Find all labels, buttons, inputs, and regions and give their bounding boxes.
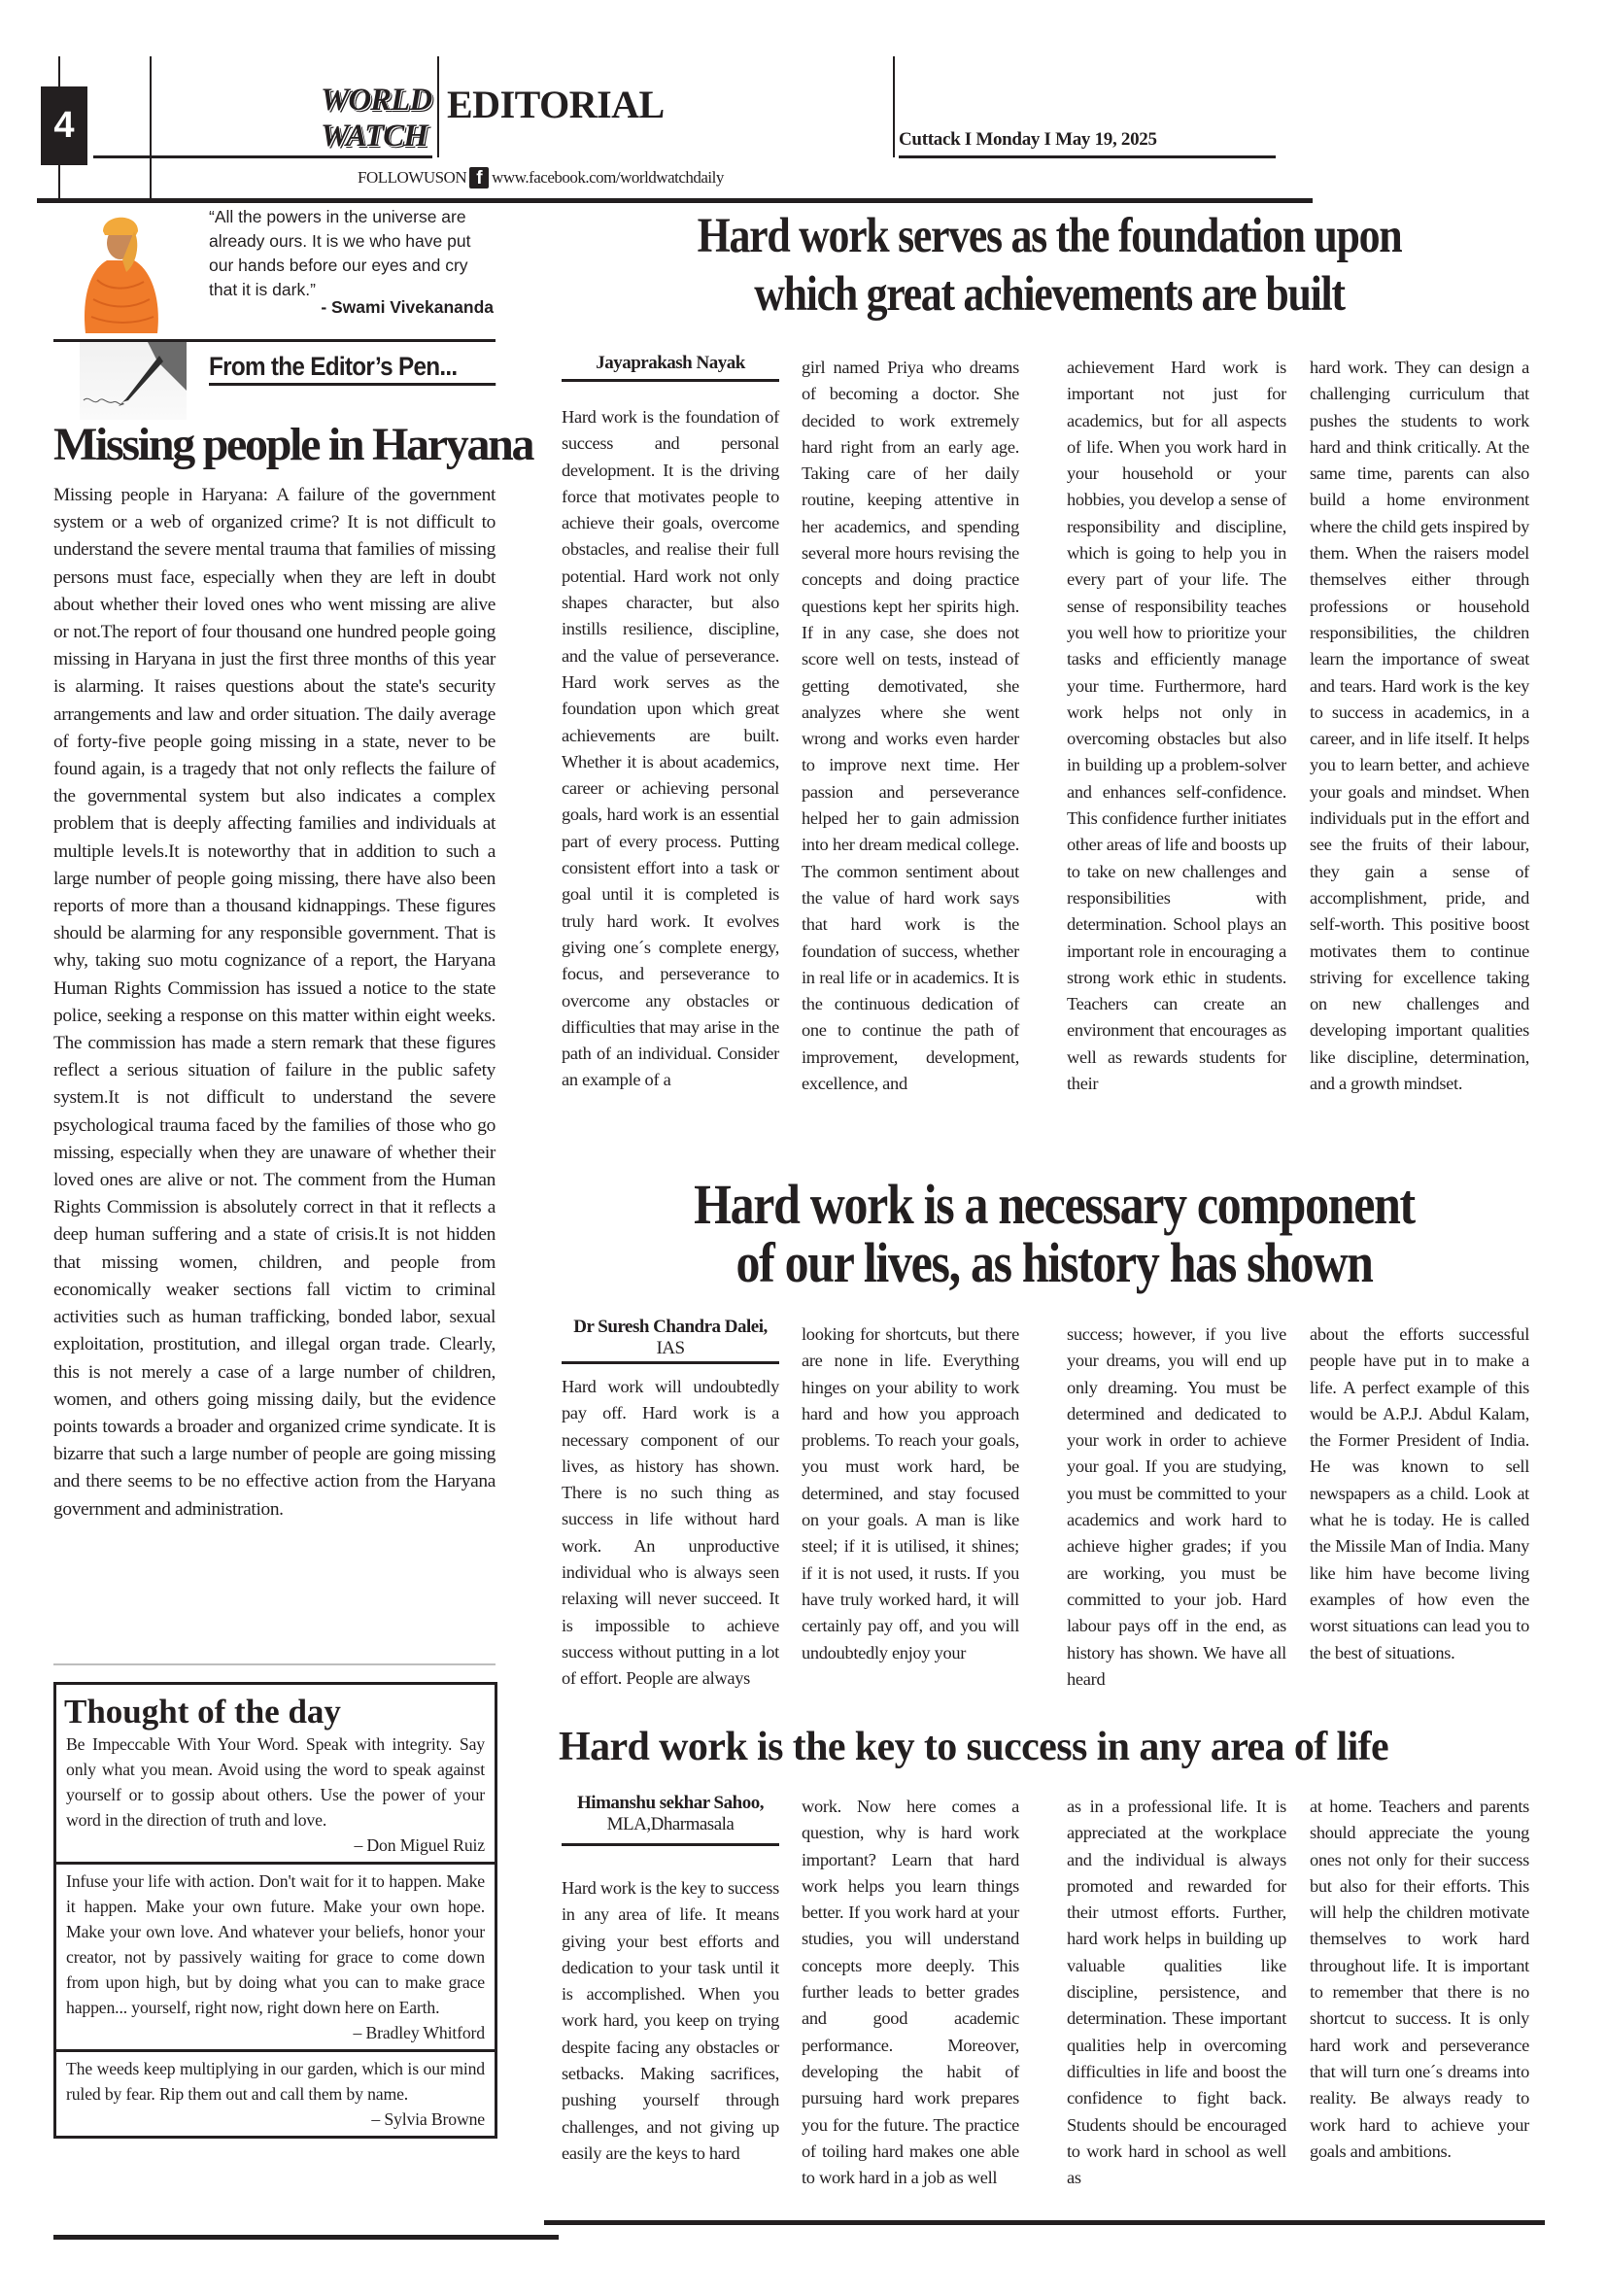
article-2-column-3: success; however, if you live your dream… xyxy=(1067,1321,1286,1693)
article-2-headline: Hard work is a necessary component of ou… xyxy=(624,1176,1485,1292)
masthead-rule xyxy=(93,155,432,158)
pen-writing-image xyxy=(80,342,187,420)
headline-line: Hard work serves as the foundation upon xyxy=(623,207,1475,265)
follow-label: FOLLOWUSON xyxy=(358,168,466,188)
fountain-pen-icon xyxy=(80,342,187,420)
quote-text: “All the powers in the universe are alre… xyxy=(209,205,494,302)
newspaper-logo: WORLD WATCH xyxy=(321,84,437,154)
byline-title: MLA,Dharmasala xyxy=(562,1814,779,1835)
header-rule xyxy=(37,198,1313,203)
social-follow: FOLLOWUSON f www.facebook.com/worldwatch… xyxy=(358,167,724,188)
thought-text: The weeds keep multiplying in our garden… xyxy=(66,2059,485,2104)
article-1-column-2: girl named Priya who dreams of becoming … xyxy=(802,355,1019,1097)
thought-author: – Don Miguel Ruiz xyxy=(66,1833,485,1858)
article-2-column-1: Hard work will undoubtedly pay off. Hard… xyxy=(562,1374,779,1693)
article-1-column-1: Hard work is the foundation of success a… xyxy=(562,404,779,1094)
thought-title: Thought of the day xyxy=(56,1685,495,1731)
headline-line: Hard work is a necessary component xyxy=(624,1176,1485,1234)
article-3-headline: Hard work is the key to success in any a… xyxy=(559,1723,1550,1771)
page-number: 4 xyxy=(41,86,87,165)
article-1-headline: Hard work serves as the foundation upon … xyxy=(623,207,1475,324)
thought-author: – Bradley Whitford xyxy=(66,2020,485,2045)
editorial-end-rule xyxy=(53,1663,496,1665)
masthead-divider xyxy=(437,56,439,157)
headline-line: which great achievements are built xyxy=(623,265,1475,324)
footer-rule xyxy=(53,2235,559,2240)
byline-name: Himanshu sekhar Sahoo, xyxy=(577,1793,764,1813)
editorial-body: Missing people in Haryana: A failure of … xyxy=(53,482,496,1524)
thought-of-the-day-box: Thought of the day Be Impeccable With Yo… xyxy=(53,1682,497,2139)
vivekananda-portrait-image xyxy=(68,202,173,333)
section-title: EDITORIAL xyxy=(447,86,665,124)
article-2-byline: Dr Suresh Chandra Dalei, IAS xyxy=(562,1317,779,1364)
byline-name: Dr Suresh Chandra Dalei, xyxy=(573,1317,768,1337)
article-2-column-4: about the efforts successful people have… xyxy=(1310,1321,1529,1666)
dateline: Cuttack I Monday I May 19, 2025 xyxy=(899,129,1157,151)
headline-line: of our lives, as history has shown xyxy=(624,1234,1485,1292)
editors-pen-label: From the Editor’s Pen... xyxy=(209,352,496,386)
thought-text: Infuse your life with action. Don't wait… xyxy=(66,1871,485,2017)
masthead-divider xyxy=(893,56,895,157)
facebook-link[interactable]: www.facebook.com/worldwatchdaily xyxy=(492,168,724,188)
quote-author: - Swami Vivekananda xyxy=(209,297,494,318)
portrait-illustration-icon xyxy=(68,202,173,333)
thought-author: – Sylvia Browne xyxy=(66,2107,485,2132)
article-1-column-4: hard work. They can design a challenging… xyxy=(1310,355,1529,1097)
article-1-byline: Jayaprakash Nayak xyxy=(562,353,779,382)
thought-item: The weeds keep multiplying in our garden… xyxy=(56,2049,495,2136)
article-3-column-3: as in a professional life. It is appreci… xyxy=(1067,1794,1286,2191)
footer-rule xyxy=(544,2220,1545,2225)
editorial-headline: Missing people in Haryana xyxy=(53,420,500,470)
article-3-column-4: at home. Teachers and parents should app… xyxy=(1310,1794,1529,2165)
article-3-column-2: work. Now here comes a question, why is … xyxy=(802,1794,1019,2191)
thought-text: Be Impeccable With Your Word. Speak with… xyxy=(66,1734,485,1830)
masthead-rule xyxy=(899,155,1276,158)
article-3-byline: Himanshu sekhar Sahoo, MLA,Dharmasala xyxy=(562,1793,779,1846)
thought-item: Infuse your life with action. Don't wait… xyxy=(56,1862,495,2049)
facebook-icon: f xyxy=(469,167,489,188)
article-1-column-3: achievement Hard work is important not j… xyxy=(1067,355,1286,1097)
byline-title: IAS xyxy=(562,1338,779,1359)
thought-item: Be Impeccable With Your Word. Speak with… xyxy=(56,1731,495,1862)
article-3-column-1: Hard work is the key to success in any a… xyxy=(562,1875,779,2167)
article-2-column-2: looking for shortcuts, but there are non… xyxy=(802,1321,1019,1666)
